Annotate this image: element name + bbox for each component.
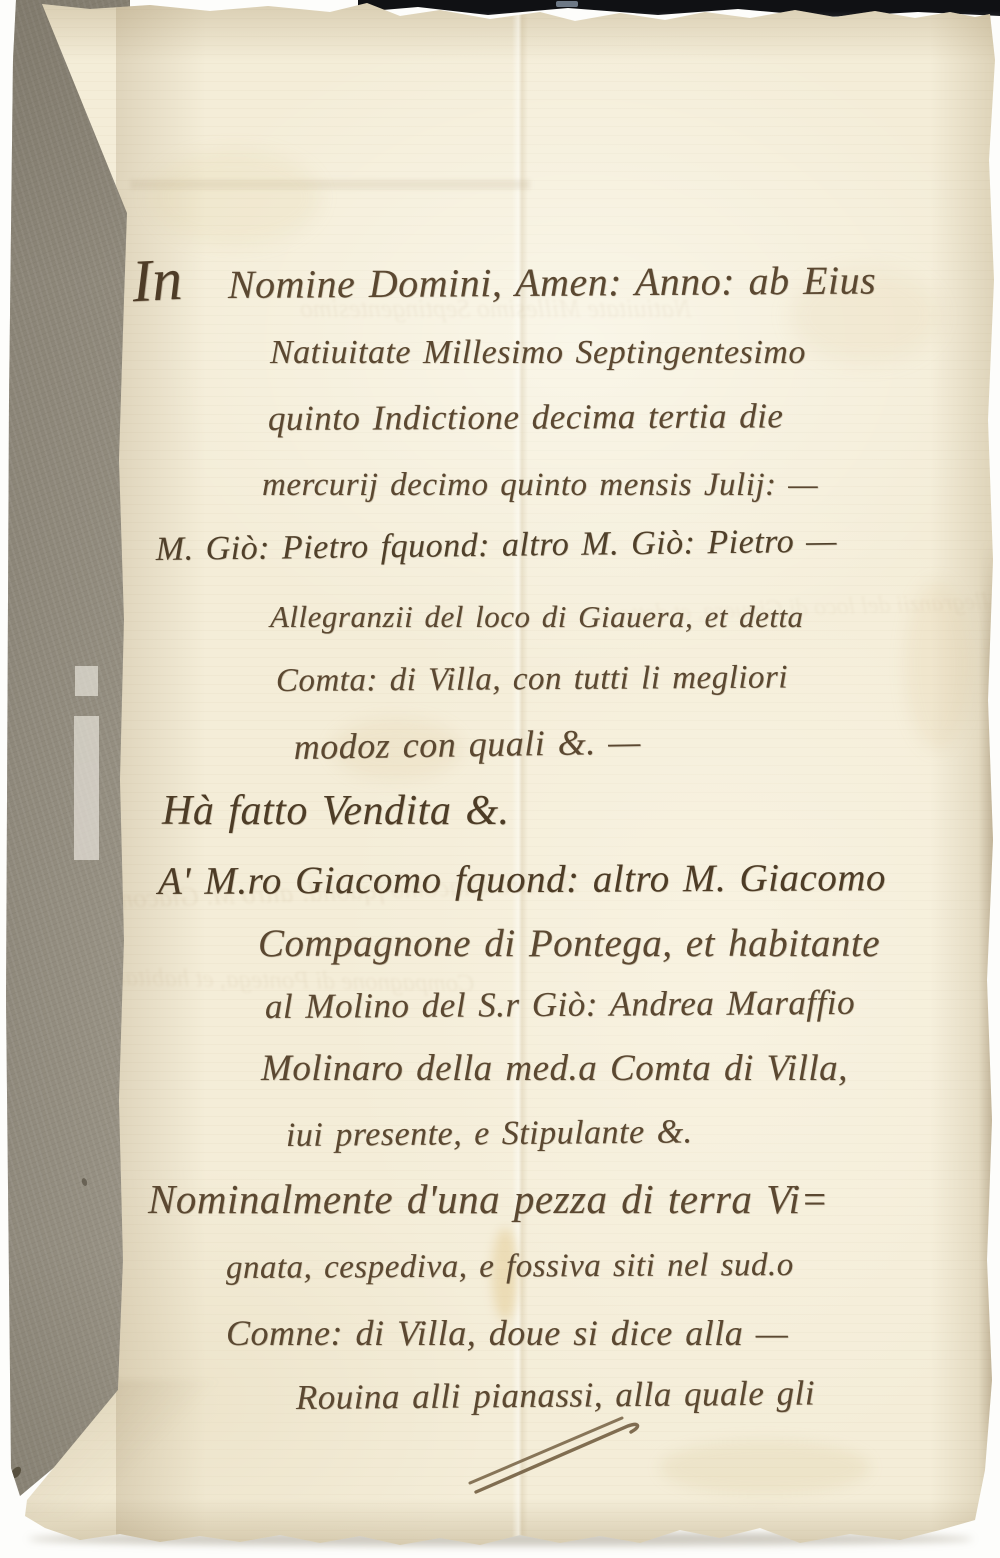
manuscript-line-6: Allegranzii del loco di Giauera, et dett… [270, 601, 804, 632]
manuscript-line-8: modoz con quali &. — [293, 724, 641, 765]
manuscript-line-7: Comta: di Villa, con tutti li megliori [276, 661, 788, 698]
scanned-manuscript-photo: A' M.ro Giacomo fquond: altro M. Giacomo… [0, 0, 1000, 1558]
manuscript-line-5: M. Giò: Pietro fquond: altro M. Giò: Pie… [156, 525, 837, 567]
manuscript-line-2: Natiuitate Millesimo Septingentesimo [270, 336, 806, 370]
manuscript-line-17: Comne: di Villa, doue si dice alla — [226, 1315, 788, 1351]
manuscript-line-1: Nomine Domini, Amen: Anno: ab Eius [228, 260, 877, 305]
manuscript-page: A' M.ro Giacomo fquond: altro M. Giacomo… [0, 0, 1000, 1558]
paper-right-edge-line [972, 540, 998, 1530]
watermark-letter-i [74, 666, 100, 862]
manuscript-line-12: al Molino del S.r Giò: Andrea Maraffio [265, 985, 855, 1024]
manuscript-line-11: Compagnone di Pontega, et habitante [258, 924, 880, 963]
drop-initial: In [130, 249, 183, 312]
manuscript-line-3: quinto Indictione decima tertia die [268, 398, 784, 436]
foxing-stain [660, 1440, 870, 1495]
manuscript-line-13: Molinaro della med.a Comta di Villa, [261, 1050, 848, 1087]
manuscript-line-4: mercurij decimo quinto mensis Julij: — [262, 469, 818, 502]
manuscript-line-14: iui presente, e Stipulante &. [286, 1115, 693, 1153]
watermark-i-dot [75, 666, 98, 696]
manuscript-line-16: gnata, cespediva, e fossiva siti nel sud… [226, 1249, 794, 1285]
scan-edge-glint [556, 1, 578, 7]
pen-flourish [468, 1410, 658, 1500]
foxing-stain [150, 150, 320, 245]
manuscript-line-15: Nominalmente d'una pezza di terra Vi= [148, 1179, 829, 1220]
manuscript-line-9: Hà fatto Vendita &. [162, 790, 510, 832]
manuscript-line-10: A' M.ro Giacomo fquond: altro M. Giacomo [158, 858, 886, 901]
watermark-i-stem [74, 716, 99, 860]
